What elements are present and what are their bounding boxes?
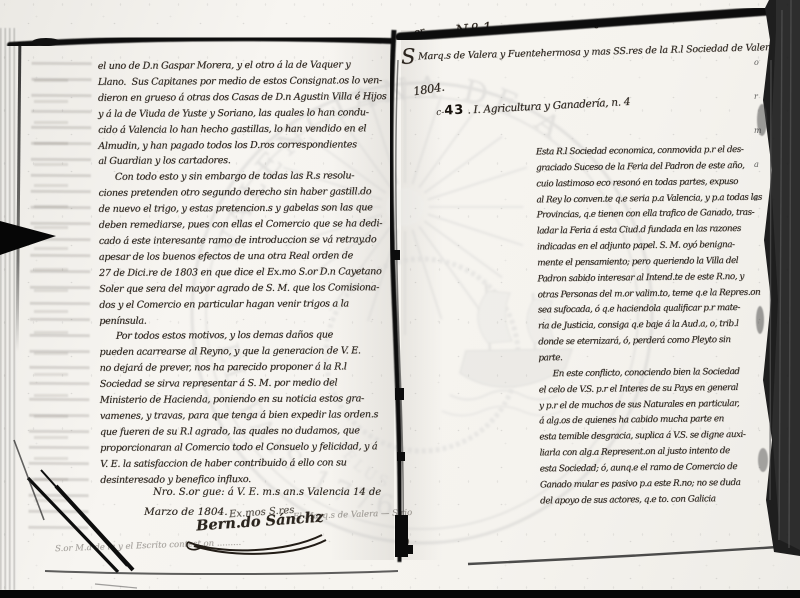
edge-mottle [757, 104, 767, 136]
bottom-speck-line [95, 584, 137, 588]
top-edge-stroke-right [400, 11, 768, 37]
gutter-blot [397, 452, 405, 461]
top-edge-blob [32, 38, 60, 46]
gutter-fold-line [391, 30, 400, 562]
top-edge-stroke-left [10, 38, 392, 45]
book-structure-strokes [0, 0, 800, 598]
bottom-page-edge-right [468, 547, 778, 564]
page-edge-streak [28, 478, 118, 572]
gutter-bottom-blob [399, 545, 413, 554]
spine-clip-wedge [0, 221, 56, 255]
manuscript-scan: VALENCIANA DE A EL PAIS 1776 TELUS el un… [0, 0, 800, 598]
edge-mottle [756, 306, 764, 334]
page-edge-streak [14, 440, 44, 520]
gutter-blot [395, 388, 404, 400]
edge-mottle [758, 448, 768, 472]
gutter-blot [391, 250, 400, 260]
bottom-page-edge-left [45, 571, 398, 574]
bottom-black-border [0, 590, 800, 598]
page-edge-streak [56, 486, 133, 570]
